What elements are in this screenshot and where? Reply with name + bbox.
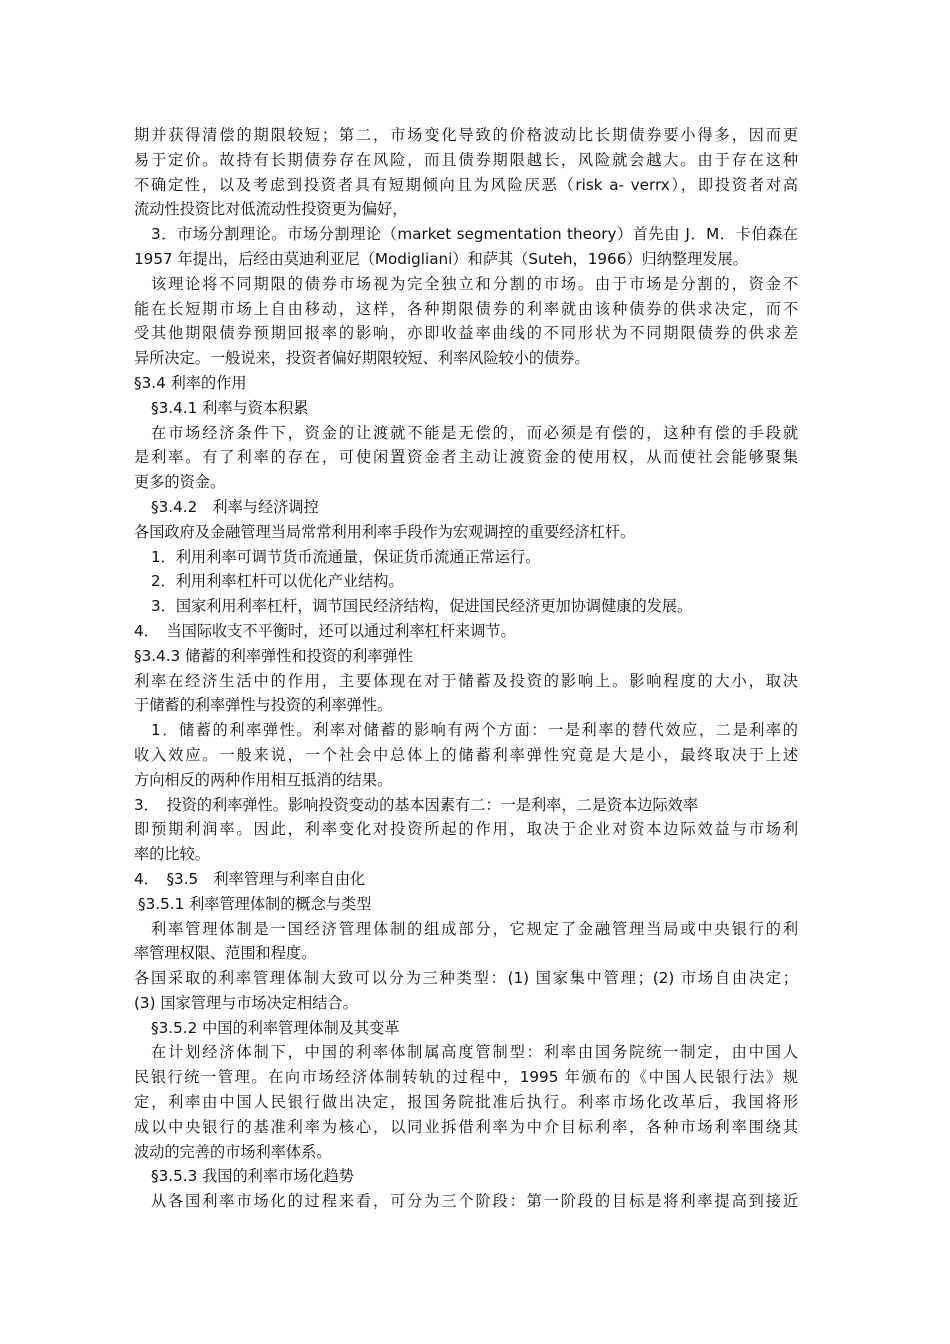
text-line: 易于定价。故持有长期债券存在风险，而且债券期限越长，风险就会越大。由于存在这种 <box>134 148 798 173</box>
text-line: 该理论将不同期限的债券市场视为完全独立和分割的市场。由于市场是分割的，资金不 <box>134 272 798 297</box>
text-line: 4． 当国际收支不平衡时，还可以通过利率杠杆来调节。 <box>134 619 798 644</box>
text-line: 3． 投资的利率弹性。影响投资变动的基本因素有二：一是利率，二是资本边际效率 <box>134 793 798 818</box>
text-line: 各国采取的利率管理体制大致可以分为三种类型：(1) 国家集中管理；(2) 市场自… <box>134 966 798 991</box>
text-line: (3) 国家管理与市场决定相结合。 <box>134 991 798 1016</box>
text-line: 波动的完善的市场利率体系。 <box>134 1140 798 1165</box>
text-line: 民银行统一管理。在向市场经济体制转轨的过程中，1995 年颁布的《中国人民银行法… <box>134 1065 798 1090</box>
text-line: 能在长短期市场上自由移动，这样，各种期限债券的利率就由该种债券的供求决定，而不 <box>134 297 798 322</box>
text-line: 从各国利率市场化的过程来看，可分为三个阶段：第一阶段的目标是将利率提高到接近 <box>134 1189 798 1214</box>
text-line: 期并获得清偿的期限较短；第二，市场变化导致的价格波动比长期债券要小得多，因而更 <box>134 123 798 148</box>
section-heading: §3.4 利率的作用 <box>134 371 798 396</box>
text-line: 2．利用利率杠杆可以优化产业结构。 <box>134 569 798 594</box>
text-line: 收入效应。一般来说，一个社会中总体上的储蓄利率弹性究竟是大是小，最终取决于上述 <box>134 743 798 768</box>
section-heading: §3.5.2 中国的利率管理体制及其变革 <box>134 1016 798 1041</box>
text-line: 在计划经济体制下，中国的利率体制属高度管制型：利率由国务院统一制定，由中国人 <box>134 1040 798 1065</box>
text-line: 更多的资金。 <box>134 470 798 495</box>
section-heading: §3.5.3 我国的利率市场化趋势 <box>134 1164 798 1189</box>
text-line: 利率在经济生活中的作用，主要体现在对于储蓄及投资的影响上。影响程度的大小，取决 <box>134 669 798 694</box>
section-heading: §3.4.1 利率与资本积累 <box>134 396 798 421</box>
text-line: 是利率。有了利率的存在，可使闲置资金者主动让渡资金的使用权，从而使社会能够聚集 <box>134 445 798 470</box>
text-line: 1957 年提出，后经由莫迪利亚尼（Modigliani）和萨其（Suteh，1… <box>134 247 798 272</box>
section-heading: §3.4.3 储蓄的利率弹性和投资的利率弹性 <box>134 644 798 669</box>
document-page: 期并获得清偿的期限较短；第二，市场变化导致的价格波动比长期债券要小得多，因而更易… <box>134 123 798 1214</box>
text-line: 方向相反的两种作用相互抵消的结果。 <box>134 768 798 793</box>
text-line: 利率管理体制是一国经济管理体制的组成部分，它规定了金融管理当局或中央银行的利 <box>134 917 798 942</box>
text-line: 1．利用利率可调节货币流通量，保证货币流通正常运行。 <box>134 545 798 570</box>
text-line: 3．国家利用利率杠杆，调节国民经济结构，促进国民经济更加协调健康的发展。 <box>134 594 798 619</box>
text-line: 于储蓄的利率弹性与投资的利率弹性。 <box>134 693 798 718</box>
text-line: 定，利率由中国人民银行做出决定，报国务院批准后执行。利率市场化改革后，我国将形 <box>134 1090 798 1115</box>
text-line: 各国政府及金融管理当局常常利用利率手段作为宏观调控的重要经济杠杆。 <box>134 520 798 545</box>
text-line: 4． §3.5 利率管理与利率自由化 <box>134 867 798 892</box>
text-line: 即预期利润率。因此，利率变化对投资所起的作用，取决于企业对资本边际效益与市场利 <box>134 817 798 842</box>
text-line: 成以中央银行的基准利率为核心，以同业拆借利率为中介目标利率，各种市场利率围绕其 <box>134 1115 798 1140</box>
text-line: 3．市场分割理论。市场分割理论（market segmentation theo… <box>134 222 798 247</box>
text-line: 异所决定。一般说来，投资者偏好期限较短、利率风险较小的债券。 <box>134 346 798 371</box>
text-line: 在市场经济条件下，资金的让渡就不能是无偿的，而必须是有偿的，这种有偿的手段就 <box>134 421 798 446</box>
section-heading: §3.5.1 利率管理体制的概念与类型 <box>134 892 798 917</box>
text-line: 率的比较。 <box>134 842 798 867</box>
section-heading: §3.4.2 利率与经济调控 <box>134 495 798 520</box>
text-line: 受其他期限债券预期回报率的影响，亦即收益率曲线的不同形状为不同期限债券的供求差 <box>134 321 798 346</box>
text-line: 1．储蓄的利率弹性。利率对储蓄的影响有两个方面：一是利率的替代效应，二是利率的 <box>134 718 798 743</box>
text-line: 率管理权限、范围和程度。 <box>134 941 798 966</box>
text-line: 不确定性，以及考虑到投资者具有短期倾向且为风险厌恶（risk a- verrx）… <box>134 173 798 198</box>
text-line: 流动性投资比对低流动性投资更为偏好， <box>134 197 798 222</box>
